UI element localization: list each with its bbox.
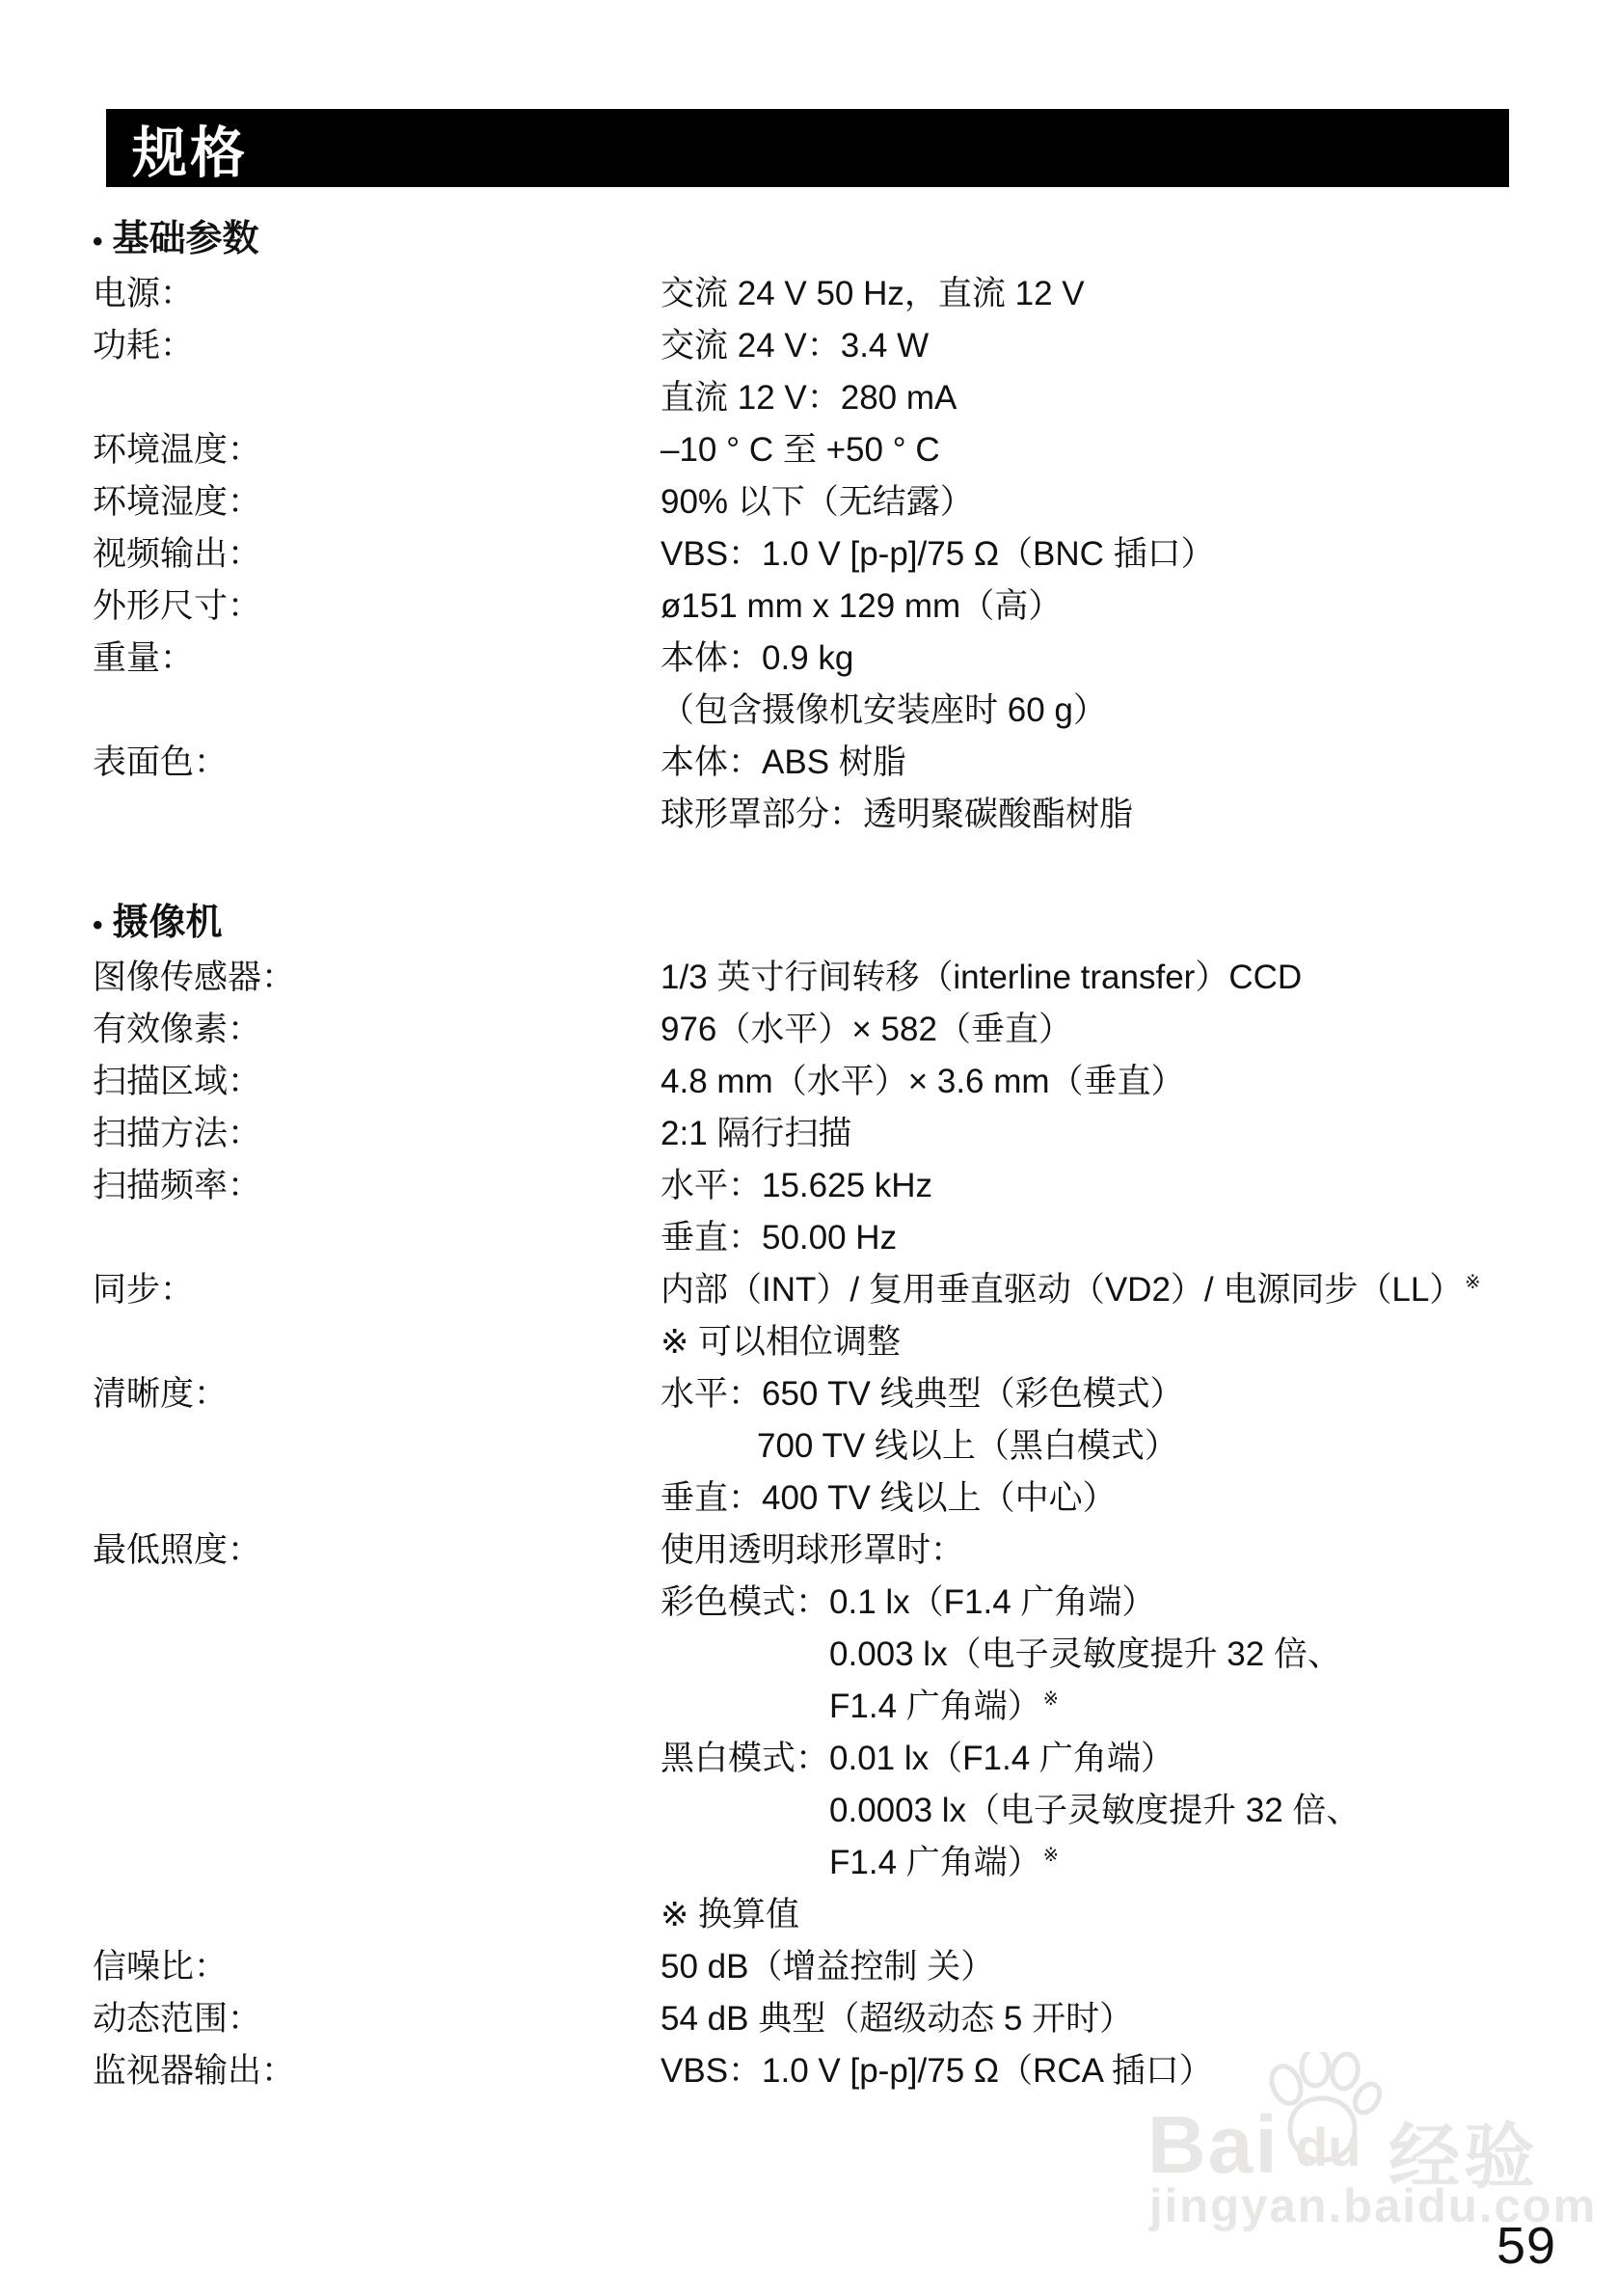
manual-page: 规格 •基础参数电源：交流 24 V 50 Hz，直流 12 V功耗：交流 24…	[0, 0, 1618, 2296]
spec-row: 表面色：本体：ABS 树脂	[93, 737, 1541, 789]
spec-value: 黑白模式：0.01 lx（F1.4 广角端）	[661, 1733, 1174, 1785]
spec-value: 0.0003 lx（电子灵敏度提升 32 倍、	[661, 1785, 1360, 1837]
reference-mark: ※	[1465, 1273, 1480, 1293]
bullet-icon: •	[93, 226, 103, 257]
spec-value-text: ø151 mm x 129 mm（高）	[661, 587, 1062, 625]
spec-value: 直流 12 V：280 mA	[661, 372, 957, 424]
spec-value: 内部（INT）/ 复用垂直驱动（VD2）/ 电源同步（LL）※	[661, 1264, 1480, 1316]
spec-row: 同步：内部（INT）/ 复用垂直驱动（VD2）/ 电源同步（LL）※	[93, 1264, 1541, 1316]
spec-row: ※ 可以相位调整	[93, 1316, 1541, 1368]
spec-value-text: 700 TV 线以上（黑白模式）	[757, 1427, 1178, 1465]
spec-value: VBS：1.0 V [p-p]/75 Ω（BNC 插口）	[661, 528, 1215, 581]
spec-value: 球形罩部分：透明聚碳酸酯树脂	[661, 789, 1133, 841]
spec-row: 扫描频率：水平：15.625 kHz	[93, 1160, 1541, 1212]
spec-label: 动态范围：	[93, 1993, 661, 2045]
spec-row: 球形罩部分：透明聚碳酸酯树脂	[93, 789, 1541, 841]
spec-value: 垂直：400 TV 线以上（中心）	[661, 1472, 1117, 1525]
spec-row: 清晰度：水平：650 TV 线典型（彩色模式）	[93, 1368, 1541, 1420]
spec-value-text: 90% 以下（无结露）	[661, 483, 974, 521]
spec-label	[93, 1785, 661, 1837]
spec-label	[93, 372, 661, 424]
spec-value-text: 彩色模式：0.1 lx（F1.4 广角端）	[661, 1583, 1155, 1621]
section-header: •摄像机	[93, 897, 1541, 952]
spec-value: 本体：ABS 树脂	[661, 737, 906, 789]
spec-value: 使用透明球形罩时：	[661, 1525, 964, 1577]
page-number: 59	[1497, 2216, 1556, 2276]
spec-value: 700 TV 线以上（黑白模式）	[661, 1420, 1178, 1472]
spec-row: 0.0003 lx（电子灵敏度提升 32 倍、	[93, 1785, 1541, 1837]
spec-label: 重量：	[93, 633, 661, 685]
spec-value: 彩色模式：0.1 lx（F1.4 广角端）	[661, 1577, 1155, 1629]
spec-value-text: 水平：650 TV 线典型（彩色模式）	[661, 1375, 1184, 1413]
spec-row: 扫描区域：4.8 mm（水平）× 3.6 mm（垂直）	[93, 1056, 1541, 1108]
spec-value: ø151 mm x 129 mm（高）	[661, 581, 1062, 633]
spec-value-text: 1/3 英寸行间转移（interline transfer）CCD	[661, 959, 1302, 996]
spec-row: 监视器输出：VBS：1.0 V [p-p]/75 Ω（RCA 插口）	[93, 2045, 1541, 2097]
spec-row: 0.003 lx（电子灵敏度提升 32 倍、	[93, 1629, 1541, 1681]
spec-value: F1.4 广角端）※	[661, 1837, 1059, 1889]
spec-row: 彩色模式：0.1 lx（F1.4 广角端）	[93, 1577, 1541, 1629]
spec-label: 视频输出：	[93, 528, 661, 581]
spec-label: 图像传感器：	[93, 952, 661, 1004]
spec-value: –10 ° C 至 +50 ° C	[661, 424, 940, 476]
spec-row: 环境湿度：90% 以下（无结露）	[93, 476, 1541, 528]
spec-value-text: 垂直：50.00 Hz	[661, 1219, 897, 1256]
spec-value-text: ※ 换算值	[661, 1896, 799, 1933]
spec-value-text: 使用透明球形罩时：	[661, 1531, 964, 1569]
spec-value: F1.4 广角端）※	[661, 1681, 1059, 1733]
spec-value-text: 0.0003 lx（电子灵敏度提升 32 倍、	[829, 1792, 1360, 1829]
spec-value: 90% 以下（无结露）	[661, 476, 974, 528]
spec-row: F1.4 广角端）※	[93, 1837, 1541, 1889]
spec-label	[93, 1681, 661, 1733]
spec-row: 信噪比：50 dB（增益控制 关）	[93, 1941, 1541, 1993]
spec-value-text: 内部（INT）/ 复用垂直驱动（VD2）/ 电源同步（LL）	[661, 1271, 1463, 1309]
spec-row: 最低照度：使用透明球形罩时：	[93, 1525, 1541, 1577]
spec-label: 信噪比：	[93, 1941, 661, 1993]
spec-row: 700 TV 线以上（黑白模式）	[93, 1420, 1541, 1472]
spec-value: 本体：0.9 kg	[661, 633, 853, 685]
section-title-bar: 规格	[106, 109, 1509, 187]
spec-label	[93, 1629, 661, 1681]
spec-label	[93, 789, 661, 841]
spec-label: 同步：	[93, 1264, 661, 1316]
spec-row: F1.4 广角端）※	[93, 1681, 1541, 1733]
spec-value-text: 本体：0.9 kg	[661, 639, 853, 677]
spec-value-text: F1.4 广角端）	[829, 1688, 1041, 1725]
spec-value-text: 0.003 lx（电子灵敏度提升 32 倍、	[829, 1635, 1341, 1673]
section-header-label: 摄像机	[113, 903, 223, 943]
spec-row: ※ 换算值	[93, 1889, 1541, 1941]
spec-row: 外形尺寸：ø151 mm x 129 mm（高）	[93, 581, 1541, 633]
spec-value-text: 黑白模式：0.01 lx（F1.4 广角端）	[661, 1740, 1174, 1777]
spec-value: 1/3 英寸行间转移（interline transfer）CCD	[661, 952, 1302, 1004]
spec-row: 扫描方法：2:1 隔行扫描	[93, 1108, 1541, 1160]
spec-row: 重量：本体：0.9 kg	[93, 633, 1541, 685]
spec-value: （包含摄像机安装座时 60 g）	[661, 685, 1107, 737]
spec-row: 垂直：400 TV 线以上（中心）	[93, 1472, 1541, 1525]
spec-label	[93, 1212, 661, 1264]
spec-value: 2:1 隔行扫描	[661, 1108, 851, 1160]
spec-value-text: （包含摄像机安装座时 60 g）	[661, 691, 1107, 729]
spec-value: 54 dB 典型（超级动态 5 开时）	[661, 1993, 1133, 2045]
watermark-bai-text: Bai	[1147, 2098, 1280, 2192]
spec-value: 976（水平）× 582（垂直）	[661, 1004, 1072, 1056]
spec-label	[93, 1837, 661, 1889]
spec-row: 视频输出：VBS：1.0 V [p-p]/75 Ω（BNC 插口）	[93, 528, 1541, 581]
spec-label: 有效像素：	[93, 1004, 661, 1056]
spec-value: 交流 24 V 50 Hz，直流 12 V	[661, 268, 1085, 320]
spec-label: 扫描频率：	[93, 1160, 661, 1212]
spec-value: VBS：1.0 V [p-p]/75 Ω（RCA 插口）	[661, 2045, 1213, 2097]
spec-value-text: –10 ° C 至 +50 ° C	[661, 431, 940, 469]
spec-value-text: 直流 12 V：280 mA	[661, 379, 957, 417]
spec-value-text: 50 dB（增益控制 关）	[661, 1948, 994, 1985]
spec-value-text: ※ 可以相位调整	[661, 1323, 901, 1361]
spec-value: 4.8 mm（水平）× 3.6 mm（垂直）	[661, 1056, 1185, 1108]
spec-value: 交流 24 V：3.4 W	[661, 320, 929, 372]
section-header: •基础参数	[93, 213, 1541, 268]
spec-row: 电源：交流 24 V 50 Hz，直流 12 V	[93, 268, 1541, 320]
section-gap	[93, 841, 1541, 897]
spec-content: •基础参数电源：交流 24 V 50 Hz，直流 12 V功耗：交流 24 V：…	[93, 213, 1541, 2097]
spec-label: 功耗：	[93, 320, 661, 372]
spec-value: ※ 可以相位调整	[661, 1316, 901, 1368]
spec-value-text: VBS：1.0 V [p-p]/75 Ω（BNC 插口）	[661, 535, 1215, 573]
spec-value: 水平：15.625 kHz	[661, 1160, 932, 1212]
reference-mark: ※	[1043, 1689, 1059, 1710]
spec-label	[93, 1577, 661, 1629]
spec-row: 环境温度：–10 ° C 至 +50 ° C	[93, 424, 1541, 476]
spec-label	[93, 1733, 661, 1785]
spec-label: 电源：	[93, 268, 661, 320]
spec-value-text: 976（水平）× 582（垂直）	[661, 1011, 1072, 1048]
spec-row: 图像传感器：1/3 英寸行间转移（interline transfer）CCD	[93, 952, 1541, 1004]
spec-row: 有效像素：976（水平）× 582（垂直）	[93, 1004, 1541, 1056]
spec-label: 表面色：	[93, 737, 661, 789]
spec-label	[93, 1889, 661, 1941]
bullet-icon: •	[93, 909, 103, 941]
spec-label	[93, 1316, 661, 1368]
watermark-jingyan-text: 经验	[1389, 2100, 1539, 2202]
spec-value-text: 4.8 mm（水平）× 3.6 mm（垂直）	[661, 1063, 1185, 1100]
spec-value-text: 球形罩部分：透明聚碳酸酯树脂	[661, 796, 1133, 833]
spec-label: 环境温度：	[93, 424, 661, 476]
spec-value-text: F1.4 广角端）	[829, 1844, 1041, 1881]
spec-value-text: 水平：15.625 kHz	[661, 1167, 932, 1204]
spec-label: 扫描方法：	[93, 1108, 661, 1160]
page-title: 规格	[132, 109, 248, 188]
spec-value-text: 交流 24 V：3.4 W	[661, 327, 929, 365]
spec-label	[93, 1472, 661, 1525]
spec-label	[93, 1420, 661, 1472]
watermark-du-text: du	[1295, 2116, 1361, 2178]
spec-label: 环境湿度：	[93, 476, 661, 528]
spec-value-text: 本体：ABS 树脂	[661, 743, 906, 781]
spec-row: （包含摄像机安装座时 60 g）	[93, 685, 1541, 737]
spec-row: 功耗：交流 24 V：3.4 W	[93, 320, 1541, 372]
spec-value: 0.003 lx（电子灵敏度提升 32 倍、	[661, 1629, 1341, 1681]
spec-value: 水平：650 TV 线典型（彩色模式）	[661, 1368, 1184, 1420]
spec-row: 垂直：50.00 Hz	[93, 1212, 1541, 1264]
spec-label: 扫描区域：	[93, 1056, 661, 1108]
spec-label: 清晰度：	[93, 1368, 661, 1420]
section-header-label: 基础参数	[113, 219, 259, 259]
spec-label: 外形尺寸：	[93, 581, 661, 633]
spec-value-text: 交流 24 V 50 Hz，直流 12 V	[661, 275, 1085, 312]
spec-value: 垂直：50.00 Hz	[661, 1212, 897, 1264]
spec-label	[93, 685, 661, 737]
spec-row: 动态范围：54 dB 典型（超级动态 5 开时）	[93, 1993, 1541, 2045]
spec-value-text: 垂直：400 TV 线以上（中心）	[661, 1479, 1117, 1517]
spec-value-text: 54 dB 典型（超级动态 5 开时）	[661, 2000, 1133, 2038]
spec-value-text: 2:1 隔行扫描	[661, 1115, 851, 1152]
spec-value-text: VBS：1.0 V [p-p]/75 Ω（RCA 插口）	[661, 2052, 1213, 2090]
reference-mark: ※	[1043, 1846, 1059, 1866]
spec-value: 50 dB（增益控制 关）	[661, 1941, 994, 1993]
spec-row: 直流 12 V：280 mA	[93, 372, 1541, 424]
spec-value: ※ 换算值	[661, 1889, 799, 1941]
spec-label: 最低照度：	[93, 1525, 661, 1577]
spec-label: 监视器输出：	[93, 2045, 661, 2097]
spec-row: 黑白模式：0.01 lx（F1.4 广角端）	[93, 1733, 1541, 1785]
